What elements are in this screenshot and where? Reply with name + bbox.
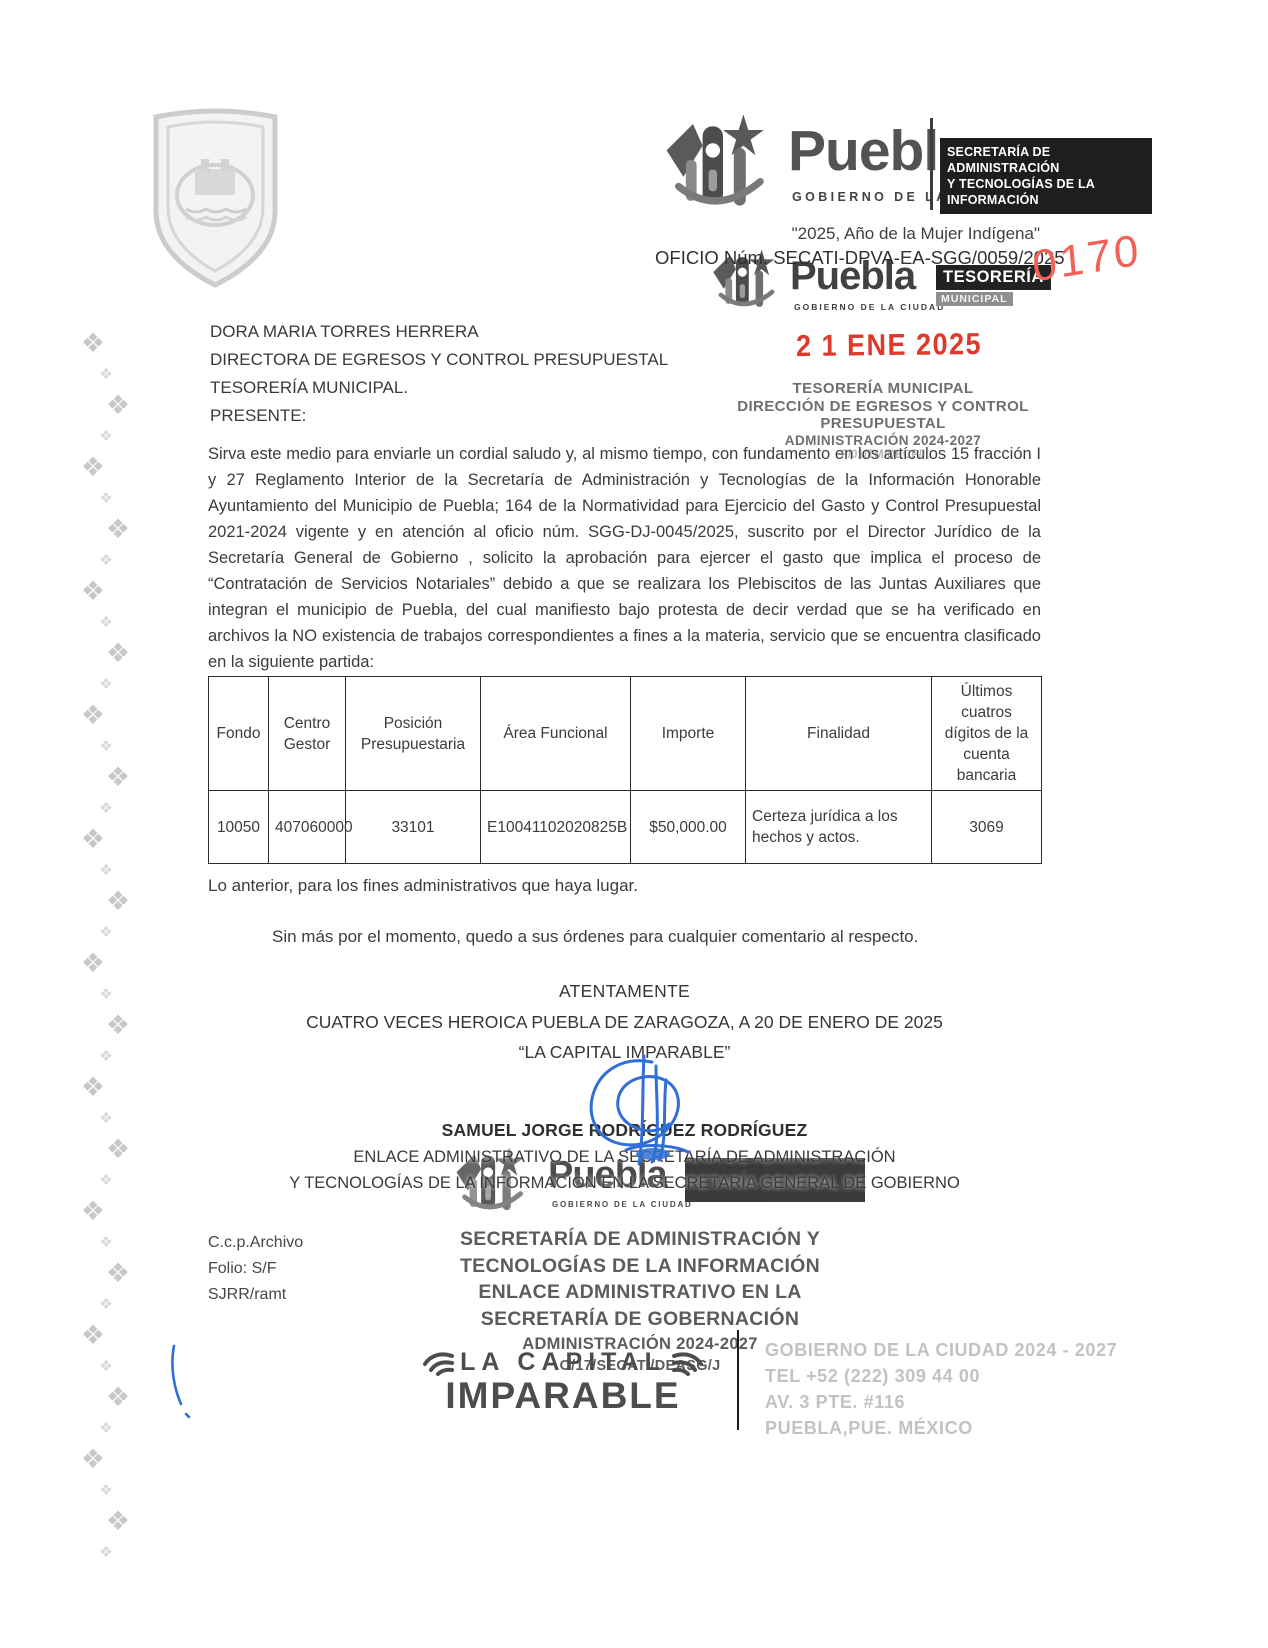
recipient-name: DORA MARIA TORRES HERRERA bbox=[210, 318, 668, 346]
column-header-importe: Importe bbox=[631, 677, 746, 791]
talavera-motif-icon: ❖ bbox=[81, 454, 105, 481]
table-row: 10050 407060000 33101 E10041102020825B $… bbox=[209, 791, 1042, 864]
recipient-title: DIRECTORA DE EGRESOS Y CONTROL PRESUPUES… bbox=[210, 346, 668, 374]
cell-centro-gestor: 407060000 bbox=[269, 791, 346, 864]
talavera-motif-icon: ❖ bbox=[99, 367, 112, 382]
talavera-motif-icon: ❖ bbox=[99, 801, 112, 816]
bottom-stamp-line4: SECRETARÍA DE GOBERNACIÓN bbox=[400, 1306, 880, 1333]
capital-logo-line2: IMPARABLE bbox=[408, 1375, 718, 1417]
talavera-motif-icon: ❖ bbox=[81, 702, 105, 729]
cell-importe: $50,000.00 bbox=[631, 791, 746, 864]
talavera-motif-icon: ❖ bbox=[106, 1384, 130, 1411]
received-stamp-line1: TESORERÍA MUNICIPAL bbox=[698, 380, 1068, 398]
talavera-motif-icon: ❖ bbox=[106, 392, 130, 419]
column-header-finalidad: Finalidad bbox=[746, 677, 932, 791]
cc-line2: Folio: S/F bbox=[208, 1256, 303, 1282]
handwritten-signature bbox=[556, 1050, 726, 1170]
footer-divider-line bbox=[737, 1330, 739, 1430]
stamp-tagline: GOBIERNO DE LA CIUDAD bbox=[794, 302, 945, 312]
cc-line3: SJRR/ramt bbox=[208, 1282, 303, 1308]
cc-block: C.c.p.Archivo Folio: S/F SJRR/ramt bbox=[208, 1230, 303, 1308]
talavera-motif-icon: ❖ bbox=[99, 987, 112, 1002]
column-header-centro-gestor: Centro Gestor bbox=[269, 677, 346, 791]
received-stamp-code: F/01/TM/DECP/I bbox=[698, 449, 1068, 462]
received-stamp-line3: PRESUPUESTAL bbox=[698, 415, 1068, 433]
column-header-area-funcional: Área Funcional bbox=[481, 677, 631, 791]
talavera-motif-icon: ❖ bbox=[99, 1545, 112, 1560]
document-page: ❖❖❖❖❖❖❖❖❖❖❖❖❖❖❖❖❖❖❖❖❖❖❖❖❖❖❖❖❖❖❖❖❖❖❖❖❖❖❖❖… bbox=[0, 0, 1268, 1648]
talavera-motif-icon: ❖ bbox=[81, 826, 105, 853]
column-header-digitos-cuenta: Últimos cuatros dígitos de la cuenta ban… bbox=[932, 677, 1042, 791]
stamp-label-municipal: MUNICIPAL bbox=[936, 292, 1013, 306]
bottom-stamp-line3: ENLACE ADMINISTRATIVO EN LA bbox=[400, 1279, 880, 1306]
closing-line: Sin más por el momento, quedo a sus órde… bbox=[272, 927, 918, 947]
stamp-tagline: GOBIERNO DE LA CIUDAD bbox=[552, 1200, 693, 1209]
right-wing-icon bbox=[670, 1350, 704, 1376]
body-paragraph: Sirva este medio para enviarle un cordia… bbox=[208, 441, 1041, 675]
secretariat-line2: Y TECNOLOGÍAS DE LA INFORMACIÓN bbox=[947, 176, 1145, 208]
footer-line4: PUEBLA,PUE. MÉXICO bbox=[765, 1415, 1117, 1441]
talavera-motif-icon: ❖ bbox=[81, 1198, 105, 1225]
talavera-motif-icon: ❖ bbox=[81, 1322, 105, 1349]
year-slogan: "2025, Año de la Mujer Indígena" bbox=[690, 224, 1040, 244]
cell-posicion: 33101 bbox=[346, 791, 481, 864]
column-header-fondo: Fondo bbox=[209, 677, 269, 791]
left-wing-icon bbox=[422, 1350, 456, 1376]
header-brand: Puebla GOBIERNO DE LA CIUDAD SECRETARÍA … bbox=[652, 110, 1142, 225]
talavera-motif-icon: ❖ bbox=[106, 1136, 130, 1163]
handwritten-folio: 0170 bbox=[1030, 225, 1143, 292]
talavera-motif-icon: ❖ bbox=[99, 429, 112, 444]
city-date-line: CUATRO VECES HEROICA PUEBLA DE ZARAGOZA,… bbox=[208, 1012, 1041, 1033]
column-header-posicion: Posición Presupuestaria bbox=[346, 677, 481, 791]
cc-line1: C.c.p.Archivo bbox=[208, 1230, 303, 1256]
talavera-motif-icon: ❖ bbox=[99, 677, 112, 692]
talavera-motif-icon: ❖ bbox=[99, 925, 112, 940]
note-line: Lo anterior, para los fines administrati… bbox=[208, 876, 638, 896]
talavera-motif-icon: ❖ bbox=[99, 1421, 112, 1436]
left-decor-pattern: ❖❖❖❖❖❖❖❖❖❖❖❖❖❖❖❖❖❖❖❖❖❖❖❖❖❖❖❖❖❖❖❖❖❖❖❖❖❖❖❖ bbox=[64, 330, 148, 1580]
capital-logo-line1: LA CAPITAL bbox=[460, 1348, 666, 1377]
recipient-office: TESORERÍA MUNICIPAL. bbox=[210, 374, 668, 402]
coat-of-arms bbox=[138, 103, 293, 293]
talavera-motif-icon: ❖ bbox=[99, 1049, 112, 1064]
received-office-stamp: TESORERÍA MUNICIPAL DIRECCIÓN DE EGRESOS… bbox=[698, 380, 1068, 462]
brand-divider bbox=[930, 118, 933, 210]
cell-fondo: 10050 bbox=[209, 791, 269, 864]
talavera-motif-icon: ❖ bbox=[106, 888, 130, 915]
table-header-row: Fondo Centro Gestor Posición Presupuesta… bbox=[209, 677, 1042, 791]
puebla-logo-icon bbox=[652, 112, 782, 220]
talavera-motif-icon: ❖ bbox=[99, 553, 112, 568]
talavera-motif-icon: ❖ bbox=[106, 764, 130, 791]
talavera-motif-icon: ❖ bbox=[99, 491, 112, 506]
secretariat-line1: SECRETARÍA DE ADMINISTRACIÓN bbox=[947, 144, 1145, 176]
capital-imparable-logo: LA CAPITAL IMPARABLE bbox=[408, 1348, 718, 1417]
talavera-motif-icon: ❖ bbox=[81, 330, 105, 357]
talavera-motif-icon: ❖ bbox=[99, 1297, 112, 1312]
oficio-number: OFICIO Núm. SECATI-DPVA-EA-SGG/0059/2025 bbox=[655, 247, 1065, 269]
cell-digitos-cuenta: 3069 bbox=[932, 791, 1042, 864]
received-stamp-line2: DIRECCIÓN DE EGRESOS Y CONTROL bbox=[698, 398, 1068, 416]
cell-finalidad: Certeza jurídica a los hechos y actos. bbox=[746, 791, 932, 864]
talavera-motif-icon: ❖ bbox=[106, 516, 130, 543]
bottom-stamp-line2: TECNOLOGÍAS DE LA INFORMACIÓN bbox=[400, 1253, 880, 1280]
secretariat-banner: SECRETARÍA DE ADMINISTRACIÓN Y TECNOLOGÍ… bbox=[940, 138, 1152, 214]
talavera-motif-icon: ❖ bbox=[106, 640, 130, 667]
footer-line3: AV. 3 PTE. #116 bbox=[765, 1389, 1117, 1415]
received-date-stamp: 2 1 ENE 2025 bbox=[796, 327, 982, 364]
received-stamp-line4: ADMINISTRACIÓN 2024-2027 bbox=[698, 433, 1068, 449]
talavera-motif-icon: ❖ bbox=[99, 863, 112, 878]
pen-mark bbox=[160, 1342, 205, 1424]
atentamente-label: ATENTAMENTE bbox=[208, 981, 1041, 1002]
cell-area-funcional: E10041102020825B bbox=[481, 791, 631, 864]
talavera-motif-icon: ❖ bbox=[81, 1446, 105, 1473]
talavera-motif-icon: ❖ bbox=[81, 1074, 105, 1101]
recipient-salutation: PRESENTE: bbox=[210, 402, 668, 430]
talavera-motif-icon: ❖ bbox=[99, 1235, 112, 1250]
signer-title-line2: Y TECNOLOGÍAS DE LA INFORMACIÓN EN LA SE… bbox=[208, 1174, 1041, 1193]
talavera-motif-icon: ❖ bbox=[99, 739, 112, 754]
recipient-block: DORA MARIA TORRES HERRERA DIRECTORA DE E… bbox=[210, 318, 668, 430]
talavera-motif-icon: ❖ bbox=[106, 1012, 130, 1039]
talavera-motif-icon: ❖ bbox=[81, 950, 105, 977]
bottom-stamp-line1: SECRETARÍA DE ADMINISTRACIÓN Y bbox=[400, 1226, 880, 1253]
talavera-motif-icon: ❖ bbox=[81, 578, 105, 605]
talavera-motif-icon: ❖ bbox=[106, 1260, 130, 1287]
talavera-motif-icon: ❖ bbox=[99, 1173, 112, 1188]
talavera-motif-icon: ❖ bbox=[99, 1483, 112, 1498]
talavera-motif-icon: ❖ bbox=[106, 1508, 130, 1535]
talavera-motif-icon: ❖ bbox=[99, 1111, 112, 1126]
budget-table: Fondo Centro Gestor Posición Presupuesta… bbox=[208, 676, 1042, 864]
talavera-motif-icon: ❖ bbox=[99, 615, 112, 630]
talavera-motif-icon: ❖ bbox=[99, 1359, 112, 1374]
